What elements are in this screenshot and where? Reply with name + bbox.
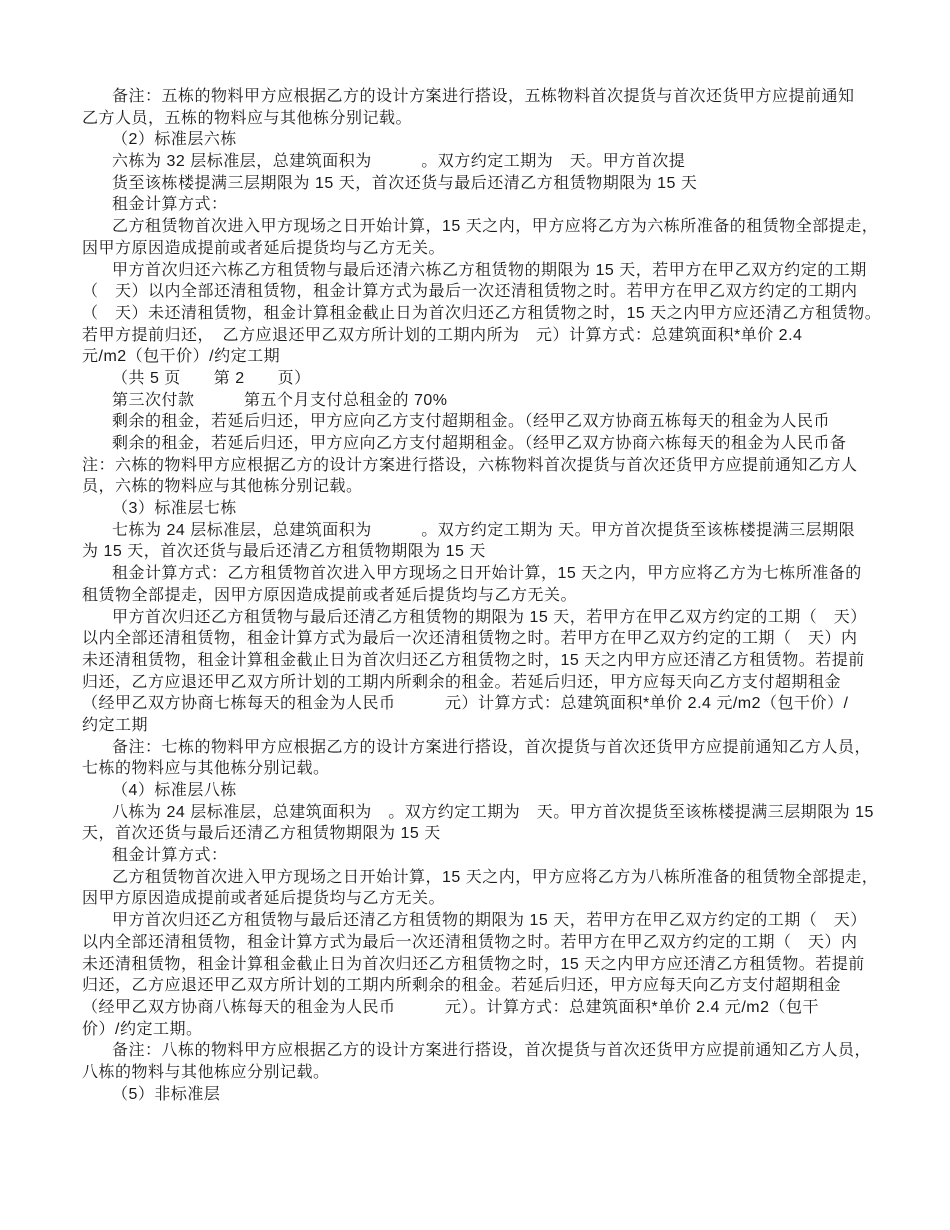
text-line: （经甲乙双方协商七栋每天的租金为人民币 元）计算方式：总建筑面积*单价 2.4 … (82, 693, 886, 715)
text-line: 未还清租赁物，租金计算租金截止日为首次归还乙方租赁物之时，15 天之内甲方应还清… (82, 954, 886, 976)
text-line: 租金计算方式： (82, 194, 886, 216)
text-line: （5）非标准层 (82, 1084, 886, 1106)
text-line: 剩余的租金，若延后归还，甲方应向乙方支付超期租金。（经甲乙双方协商五栋每天的租金… (82, 411, 886, 433)
text-line: 八栋为 24 层标准层，总建筑面积为 。双方约定工期为 天。甲方首次提货至该栋楼… (82, 802, 886, 824)
text-line: （经甲乙双方协商八栋每天的租金为人民币 元）。计算方式：总建筑面积*单价 2.4… (82, 997, 886, 1019)
document-text-block: 备注：五栋的物料甲方应根据乙方的设计方案进行搭设，五栋物料首次提货与首次还货甲方… (82, 86, 886, 1105)
text-line: 租赁物全部提走，因甲方原因造成提前或者延后提货均与乙方无关。 (82, 585, 886, 607)
text-line: 乙方人员，五栋的物料应与其他栋分别记载。 (82, 108, 886, 130)
text-line: 若甲方提前归还， 乙方应退还甲乙双方所计划的工期内所为 元）计算方式：总建筑面积… (82, 325, 886, 347)
text-line: 因甲方原因造成提前或者延后提货均与乙方无关。 (82, 238, 886, 260)
text-line: 备注：五栋的物料甲方应根据乙方的设计方案进行搭设，五栋物料首次提货与首次还货甲方… (82, 86, 886, 108)
text-line: 甲方首次归还乙方租赁物与最后还清乙方租赁物的期限为 15 天，若甲方在甲乙双方约… (82, 910, 886, 932)
text-line: 第三次付款 第五个月支付总租金的 70% (82, 390, 886, 412)
text-line: 乙方租赁物首次进入甲方现场之日开始计算，15 天之内，甲方应将乙方为八栋所准备的… (82, 867, 886, 889)
text-line: 租金计算方式：乙方租赁物首次进入甲方现场之日开始计算，15 天之内，甲方应将乙方… (82, 563, 886, 585)
text-line: （ 天）未还清租赁物，租金计算租金截止日为首次归还乙方租赁物之时，15 天之内甲… (82, 303, 886, 325)
text-line: 甲方首次归还六栋乙方租赁物与最后还清六栋乙方租赁物的期限为 15 天，若甲方在甲… (82, 260, 886, 282)
text-line: 约定工期 (82, 715, 886, 737)
text-line: 天，首次还货与最后还清乙方租赁物期限为 15 天 (82, 823, 886, 845)
text-line: 未还清租赁物，租金计算租金截止日为首次归还乙方租赁物之时，15 天之内甲方应还清… (82, 650, 886, 672)
text-line: 备注：八栋的物料甲方应根据乙方的设计方案进行搭设，首次提货与首次还货甲方应提前通… (82, 1040, 886, 1062)
text-line: 七栋为 24 层标准层，总建筑面积为 。双方约定工期为 天。甲方首次提货至该栋楼… (82, 520, 886, 542)
text-line: 归还，乙方应退还甲乙双方所计划的工期内所剩余的租金。若延后归还，甲方应每天向乙方… (82, 975, 886, 997)
text-line: 乙方租赁物首次进入甲方现场之日开始计算，15 天之内，甲方应将乙方为六栋所准备的… (82, 216, 886, 238)
text-line: 备注：七栋的物料甲方应根据乙方的设计方案进行搭设，首次提货与首次还货甲方应提前通… (82, 737, 886, 759)
text-line: 货至该栋楼提满三层期限为 15 天，首次还货与最后还清乙方租赁物期限为 15 天 (82, 173, 886, 195)
document-page: 备注：五栋的物料甲方应根据乙方的设计方案进行搭设，五栋物料首次提货与首次还货甲方… (0, 0, 950, 1230)
text-line: 员，六栋的物料应与其他栋分别记载。 (82, 476, 886, 498)
text-line: 剩余的租金，若延后归还，甲方应向乙方支付超期租金。（经甲乙双方协商六栋每天的租金… (82, 433, 886, 455)
text-line: 以内全部还清租赁物，租金计算方式为最后一次还清租赁物之时。若甲方在甲乙双方约定的… (82, 628, 886, 650)
text-line: 价）/约定工期。 (82, 1019, 886, 1041)
text-line: 因甲方原因造成提前或者延后提货均与乙方无关。 (82, 888, 886, 910)
text-line: 甲方首次归还乙方租赁物与最后还清乙方租赁物的期限为 15 天，若甲方在甲乙双方约… (82, 607, 886, 629)
text-line: 七栋的物料应与其他栋分别记载。 (82, 758, 886, 780)
text-line: （共 5 页 第 2 页） (82, 368, 886, 390)
text-line: 归还，乙方应退还甲乙双方所计划的工期内所剩余的租金。若延后归还，甲方应每天向乙方… (82, 672, 886, 694)
text-line: 六栋为 32 层标准层，总建筑面积为 。双方约定工期为 天。甲方首次提 (82, 151, 886, 173)
text-line: （3）标准层七栋 (82, 498, 886, 520)
text-line: （2）标准层六栋 (82, 129, 886, 151)
text-line: 元/m2（包干价）/约定工期 (82, 346, 886, 368)
text-line: 以内全部还清租赁物，租金计算方式为最后一次还清租赁物之时。若甲方在甲乙双方约定的… (82, 932, 886, 954)
text-line: （ 天）以内全部还清租赁物，租金计算方式为最后一次还清租赁物之时。若甲方在甲乙双… (82, 281, 886, 303)
text-line: 注：六栋的物料甲方应根据乙方的设计方案进行搭设，六栋物料首次提货与首次还货甲方应… (82, 455, 886, 477)
text-line: 租金计算方式： (82, 845, 886, 867)
text-line: 为 15 天，首次还货与最后还清乙方租赁物期限为 15 天 (82, 541, 886, 563)
text-line: 八栋的物料与其他栋应分别记载。 (82, 1062, 886, 1084)
text-line: （4）标准层八栋 (82, 780, 886, 802)
